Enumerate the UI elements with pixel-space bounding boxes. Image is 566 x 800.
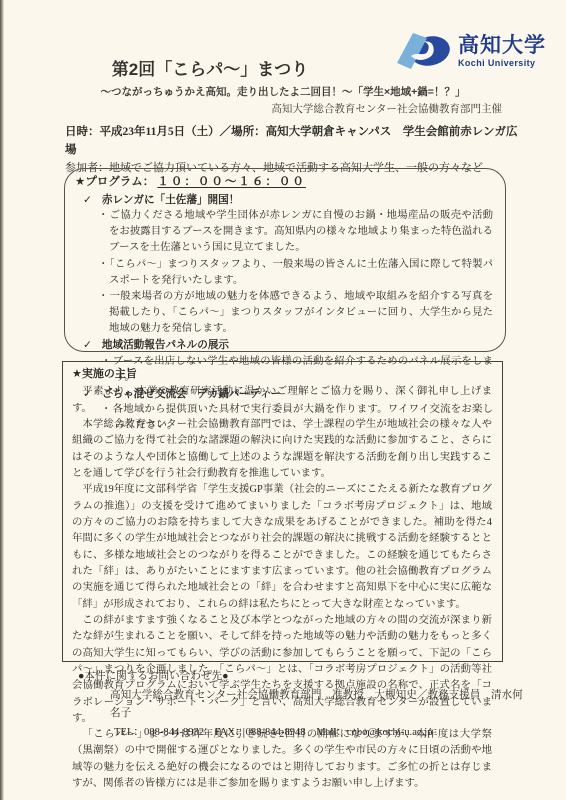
bullet-icon: ・ bbox=[98, 210, 109, 221]
flyer-page: 高知大学 Kochi University 第2回「こらパ～」まつり ～つながっ… bbox=[0, 0, 566, 800]
contact-heading: ●本件に関するお問い合わせ先● bbox=[78, 668, 526, 687]
program-bullet-text: ご協力くださる地域や学生団体が赤レンガに自慢のお鍋・地場産品の販売や活動をお披露… bbox=[109, 210, 493, 253]
page-title: 第2回「こらパ～」まつり bbox=[0, 55, 420, 80]
purpose-heading: ★実施の主旨 bbox=[72, 366, 492, 383]
datetime-location-line: 日時：平成23年11月5日（土）／場所：高知大学朝倉キャンパス 学生会館前赤レン… bbox=[65, 123, 526, 160]
program-box: ★プログラム： １０：００～１６：００ ✓赤レンガに「土佐藩」開国！ ・ご協力く… bbox=[64, 168, 506, 352]
check-icon: ✓ bbox=[83, 194, 92, 206]
purpose-paragraph: 本学総合教育センター社会協働教育部門では、学士課程の学生が地域社会の様々な人や組… bbox=[72, 417, 492, 482]
program-heading: ★プログラム： １０：００～１６：００ bbox=[75, 174, 493, 192]
program-time: １０：００～１６：００ bbox=[157, 176, 306, 188]
program-bullet: ・ご協力くださる地域や学生団体が赤レンガに自慢のお鍋・地場産品の販売や活動をお披… bbox=[75, 208, 493, 256]
program-heading-label: プログラム： bbox=[85, 176, 154, 188]
bullet-icon: ・ bbox=[98, 259, 109, 270]
contact-block: ●本件に関するお問い合わせ先● 高知大学総合教育センター社会協働教育部門 准教授… bbox=[78, 668, 526, 742]
star-icon: ★ bbox=[75, 176, 85, 188]
program-section-title: ✓赤レンガに「土佐藩」開国！ bbox=[75, 192, 493, 208]
purpose-heading-label: 実施の主旨 bbox=[82, 368, 137, 380]
logo-university-name-en: Kochi University bbox=[458, 59, 546, 68]
logo-university-name: 高知大学 bbox=[458, 35, 546, 56]
contact-staff-line: 高知大学総合教育センター社会協働教育部門 准教授 大槻知史／教務支援員 清水何名… bbox=[110, 687, 526, 724]
program-section-title: ✓地域活動報告パネルの展示 bbox=[75, 337, 493, 353]
program-bullet-text: 一般来場者の方が地域の魅力を体感できるよう、地域や取組みを紹介する写真を掲載した… bbox=[109, 291, 493, 334]
contact-heading-label: 本件に関するお問い合わせ先 bbox=[84, 671, 222, 682]
organizer-line: 高知大学総合教育センター社会協働教育部門主催 bbox=[271, 101, 502, 116]
check-icon: ✓ bbox=[83, 339, 92, 351]
scan-edge bbox=[0, 0, 4, 800]
program-bullet-text: 「こらパ～」まつりスタッフより、一般来場の皆さんに土佐藩入国に際して特製パスポー… bbox=[109, 259, 493, 286]
page-subtitle: ～つながっちゅうかえ高知。走り出したよ二回目！～「学生×地域+鍋=！？」 bbox=[0, 84, 566, 99]
program-section-label: 赤レンガに「土佐藩」開国！ bbox=[102, 194, 239, 206]
purpose-paragraph: 平素より、本学の教育研究活動に温かいご理解とご協力を賜り、深く御礼申し上げます。 bbox=[72, 384, 492, 417]
star-icon: ★ bbox=[72, 368, 82, 380]
purpose-box: ★実施の主旨 平素より、本学の教育研究活動に温かいご理解とご協力を賜り、深く御礼… bbox=[62, 361, 503, 662]
purpose-paragraph: 平成19年度に文部科学省「学生支援GP事業（社会的ニーズにこたえる新たな教育プロ… bbox=[72, 482, 492, 613]
contact-tel-line: TEL：088-844-8932 FAX：088-844-8948 Mail：c… bbox=[114, 724, 526, 743]
program-bullet: ・一般来場者の方が地域の魅力を体感できるよう、地域や取組みを紹介する写真を掲載し… bbox=[75, 289, 493, 337]
logo-text: 高知大学 Kochi University bbox=[458, 35, 546, 68]
program-section-label: 地域活動報告パネルの展示 bbox=[102, 339, 229, 351]
bullet-icon: ・ bbox=[98, 291, 109, 302]
program-bullet: ・「こらパ～」まつりスタッフより、一般来場の皆さんに土佐藩入国に際して特製パスポ… bbox=[75, 257, 493, 289]
circle-icon: ● bbox=[222, 671, 228, 682]
